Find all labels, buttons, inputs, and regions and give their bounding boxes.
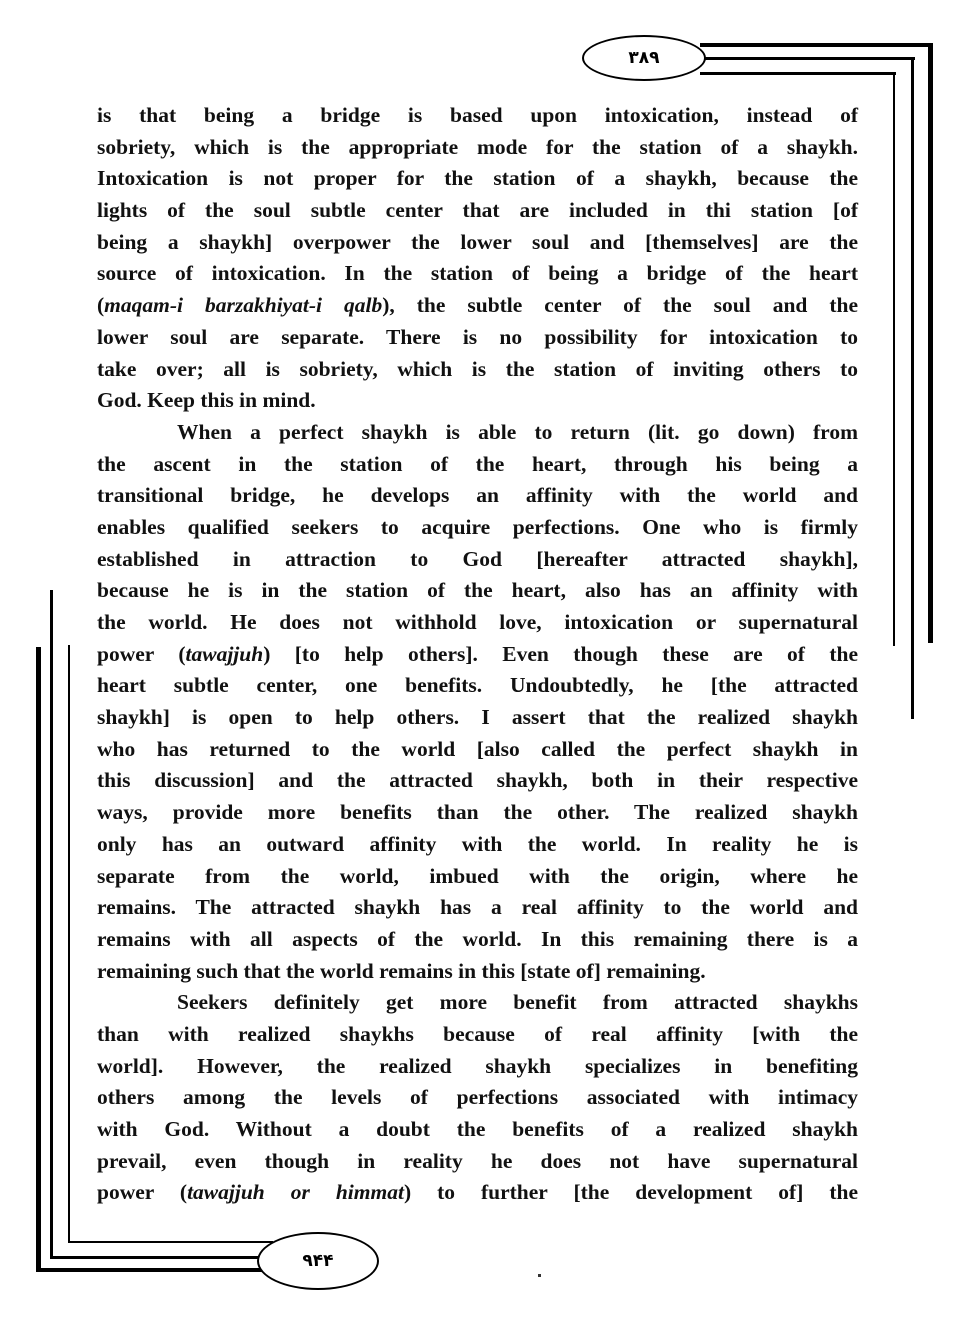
text-line: world]. However, the realized shaykh spe… [97, 1051, 858, 1083]
text-line: than with realized shaykhs because of re… [97, 1019, 858, 1051]
text-line: who has returned to the world [also call… [97, 734, 858, 766]
text-line: being a shaykh] overpower the lower soul… [97, 227, 858, 259]
frame-right-outer-line [928, 43, 933, 643]
text-line-mixed: (maqam-i barzakhiyat-i qalb), the subtle… [97, 290, 858, 322]
text-line-mixed: power (tawajjuh or himmat) to further [t… [97, 1177, 858, 1209]
text-line: transitional bridge, he develops an affi… [97, 480, 858, 512]
frame-bottom-outer-line [36, 1268, 268, 1272]
frame-bottom-inner-line [68, 1241, 273, 1243]
text-line: the world. He does not withhold love, in… [97, 607, 858, 639]
text-line: because he is in the station of the hear… [97, 575, 858, 607]
frame-bottom-middle-line [50, 1256, 262, 1259]
italic-term: tawajjuh [186, 642, 264, 666]
text-line-mixed: power (tawajjuh) [to help others]. Even … [97, 639, 858, 671]
text-line: enables qualified seekers to acquire per… [97, 512, 858, 544]
page-number-bottom: ۹۴۴ [302, 1251, 333, 1271]
text-line: sobriety, which is the appropriate mode … [97, 132, 858, 164]
text-line: the ascent in the station of the heart, … [97, 449, 858, 481]
frame-left-inner-line [68, 645, 70, 1242]
text-line: lights of the soul subtle center that ar… [97, 195, 858, 227]
text-line: separate from the world, imbued with the… [97, 861, 858, 893]
line-rest: ) to further [the development of] the [404, 1180, 858, 1204]
line-rest: ), the subtle center of the soul and the [382, 293, 858, 317]
italic-term: tawajjuh or himmat [187, 1180, 404, 1204]
text-line: this discussion] and the attracted shayk… [97, 765, 858, 797]
text-line-paragraph-start: When a perfect shaykh is able to return … [97, 417, 858, 449]
text-line: only has an outward affinity with the wo… [97, 829, 858, 861]
frame-top-outer-line [700, 43, 933, 47]
text-line: take over; all is sobriety, which is the… [97, 354, 858, 386]
text-line: heart subtle center, one benefits. Undou… [97, 670, 858, 702]
line-rest: ) [to help others]. Even though these ar… [263, 642, 858, 666]
text-line: Intoxication is not proper for the stati… [97, 163, 858, 195]
text-line-paragraph-end: remaining such that the world remains in… [97, 956, 858, 988]
text-line: others among the levels of perfections a… [97, 1082, 858, 1114]
frame-right-middle-line [911, 57, 914, 719]
text-line-paragraph-end: God. Keep this in mind. [97, 385, 858, 417]
line-pre: power ( [97, 1180, 187, 1204]
frame-right-inner-line [893, 72, 895, 646]
text-line: is that being a bridge is based upon int… [97, 100, 858, 132]
frame-left-middle-line [50, 590, 53, 1258]
line-pre: power ( [97, 642, 186, 666]
text-line: established in attraction to God [hereaf… [97, 544, 858, 576]
italic-term: maqam-i barzakhiyat-i qalb [104, 293, 382, 317]
page-number-oval-bottom: ۹۴۴ [257, 1232, 379, 1290]
text-line-paragraph-start: Seekers definitely get more benefit from… [97, 987, 858, 1019]
page-number-oval-top: ۳۸۹ [582, 35, 706, 81]
body-text: is that being a bridge is based upon int… [97, 100, 858, 1209]
text-line: ways, provide more benefits than the oth… [97, 797, 858, 829]
frame-top-inner-line [700, 72, 896, 75]
scan-speck [538, 1274, 541, 1277]
text-line: remains with all aspects of the world. I… [97, 924, 858, 956]
text-line: prevail, even though in reality he does … [97, 1146, 858, 1178]
text-line: with God. Without a doubt the benefits o… [97, 1114, 858, 1146]
frame-top-middle-line [704, 57, 915, 60]
text-line: lower soul are separate. There is no pos… [97, 322, 858, 354]
text-line: remains. The attracted shaykh has a real… [97, 892, 858, 924]
page-number-top: ۳۸۹ [628, 48, 659, 68]
text-line: source of intoxication. In the station o… [97, 258, 858, 290]
text-line: shaykh] is open to help others. I assert… [97, 702, 858, 734]
document-page: ۳۸۹ ۹۴۴ is that being a bridge is based … [0, 0, 960, 1333]
frame-left-outer-line [36, 647, 41, 1272]
